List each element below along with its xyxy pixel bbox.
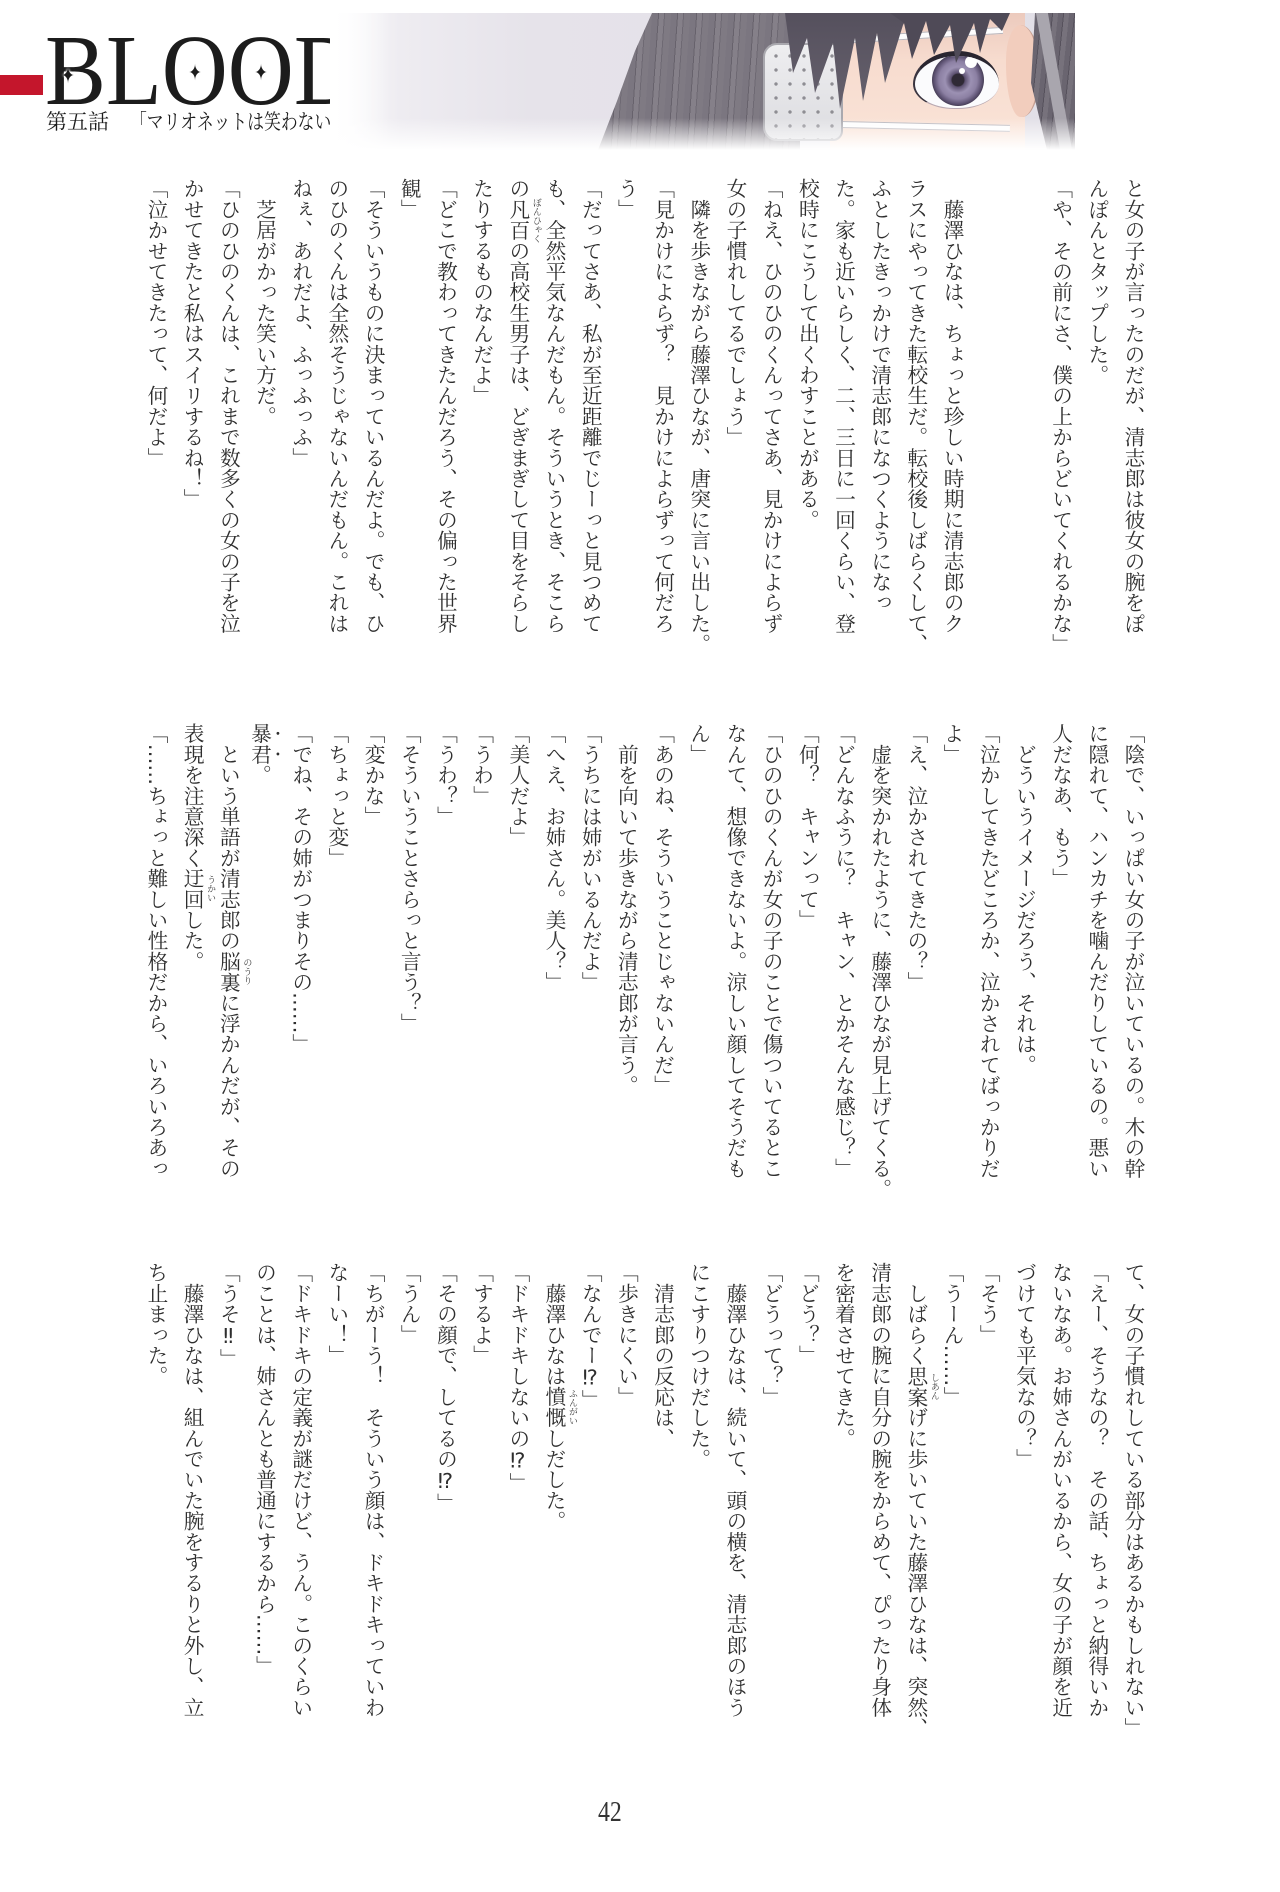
text-block-top: と女の子が言ったのだが、清志郎は彼女の腕をぽ んぽんとタップした。 「や、その前… xyxy=(137,178,1151,634)
text-column: なんて、想像できないよ。涼しい顔してそうだも xyxy=(717,723,753,1179)
text-column: 女の子慣れしてるでしょう」 xyxy=(717,178,753,634)
text-column: よ」 xyxy=(934,723,970,1179)
text-column: 「そういうものに決まっているんだよ。でも、ひ xyxy=(355,178,391,634)
text-column: ん」 xyxy=(681,723,717,1179)
text-segment: 表現を注意深く xyxy=(180,723,204,868)
text-column: 「どう？」 xyxy=(789,1262,825,1718)
four-pointed-star-icon: ✦ xyxy=(253,63,269,85)
emphasis-text: 暴君 xyxy=(248,723,272,764)
text-column: 芝居がかった笑い方だ。 xyxy=(246,178,282,634)
text-column: 「でね、その姉がつまりその……」 xyxy=(283,723,319,1179)
text-segment: げに歩いていた藤澤ひなは、突然、 xyxy=(904,1407,928,1738)
text-column: 藤澤ひなは、続いて、頭の横を、清志郎のほう xyxy=(717,1262,753,1718)
ruby-base-text: 脳裏 xyxy=(216,951,240,992)
eye-highlight xyxy=(965,56,977,68)
episode-number: 第五話 xyxy=(46,108,130,136)
text-column: 「うーん……」 xyxy=(934,1262,970,1718)
text-column: に隠れて、ハンカチを噛んだりしているの。悪い xyxy=(1079,723,1115,1179)
text-column: なーい！」 xyxy=(319,1262,355,1718)
text-column: 隣を歩きながら藤澤ひなが、唐突に言い出した。 xyxy=(681,178,717,634)
text-column: 「えー、そうなの？ その話、ちょっと納得いか xyxy=(1079,1262,1115,1718)
ruby-base-text: 凡百 xyxy=(506,199,530,240)
text-column: 「陰で、いっぱい女の子が泣いているの。木の幹 xyxy=(1115,723,1151,1179)
text-segment: しだした。 xyxy=(542,1428,566,1532)
episode-title: 「マリオネットは笑わない」 xyxy=(130,108,348,136)
text-column: 前を向いて歩きながら清志郎が言う。 xyxy=(608,723,644,1179)
text-segment: の xyxy=(506,178,530,199)
page-number: 42 xyxy=(598,1796,622,1828)
text-column: ラスにやってきた転校生だ。転校後しばらくして、 xyxy=(898,178,934,634)
text-segment: した。 xyxy=(180,909,204,971)
accent-bar xyxy=(0,75,43,95)
text-column: にこすりつけだした。 xyxy=(681,1262,717,1718)
text-column: 表現を注意深く迂回うかいした。 xyxy=(174,723,210,1179)
text-column: ないなあ。お姉さんがいるから、女の子が顔を近 xyxy=(1042,1262,1078,1718)
text-column: のことは、姉さんとも普通にするから……」 xyxy=(246,1262,282,1718)
text-segment: という単語が清志郎の xyxy=(216,723,240,951)
ruby-reading: のうり xyxy=(241,950,251,993)
text-column: 「ドキドキの定義が謎だけど、うん。このくらい xyxy=(283,1262,319,1718)
text-column: う」 xyxy=(608,178,644,634)
text-column: 「うそ‼」 xyxy=(210,1262,246,1718)
text-column: 「うちには姉がいるんだよ」 xyxy=(572,723,608,1179)
fade-overlay xyxy=(330,118,1075,150)
text-column: て、女の子慣れしている部分はあるかもしれない」 xyxy=(1115,1262,1151,1718)
ruby-base-text: 思案 xyxy=(904,1366,928,1407)
text-column: 観」 xyxy=(391,178,427,634)
ruby-base-text: 迂回 xyxy=(180,868,204,909)
text-column: たりするものなんだよ」 xyxy=(463,178,499,634)
text-column: 「ひのひのくんが女の子のことで傷ついてるとこ xyxy=(753,723,789,1179)
text-column: 「そう」 xyxy=(970,1262,1006,1718)
text-column: 「美人だよ」 xyxy=(500,723,536,1179)
ruby-reading: ふんがい xyxy=(567,1385,577,1428)
text-column: ふとしたきっかけで清志郎になつくようになっ xyxy=(862,178,898,634)
text-column: 暴君。 xyxy=(246,723,282,1179)
text-column: 「うわ」 xyxy=(463,723,499,1179)
text-column: 「どんなふうに？ キャン、とかそんな感じ？」 xyxy=(825,723,861,1179)
text-segment: 。 xyxy=(248,764,272,785)
ruby-base-text: 憤慨 xyxy=(542,1386,566,1427)
text-segment: しばらく xyxy=(904,1262,928,1366)
text-column: のひのくんは全然そうじゃないんだもん。これは xyxy=(319,178,355,634)
text-column: 藤澤ひなは憤慨ふんがいしだした。 xyxy=(536,1262,572,1718)
text-column: ち止まった。 xyxy=(138,1262,174,1718)
text-column: 「何？ キャンって」 xyxy=(789,723,825,1179)
four-pointed-star-icon: ✦ xyxy=(60,66,76,88)
text-column: 「うん」 xyxy=(391,1262,427,1718)
ruby-base: 迂回うかい xyxy=(180,868,204,909)
text-block-middle: 「陰で、いっぱい女の子が泣いているの。木の幹 に隠れて、ハンカチを噛んだりしてい… xyxy=(137,723,1151,1179)
blank-line xyxy=(970,178,1006,634)
text-column: かせてきたと私はスイリするね！」 xyxy=(174,178,210,634)
four-pointed-star-icon: ✦ xyxy=(187,63,203,85)
text-column: 「そういうことさらっと言う？」 xyxy=(391,723,427,1179)
text-column: 清志郎の腕に自分の腕をからめて、ぴったり身体 xyxy=(862,1262,898,1718)
text-column: んぽんとタップした。 xyxy=(1079,178,1115,634)
ruby-base: 憤慨ふんがい xyxy=(542,1386,566,1427)
ruby-base: 凡百ぼんひゃく xyxy=(506,199,530,240)
text-column: 「どこで教わってきたんだろう、その偏った世界 xyxy=(427,178,463,634)
text-column: た。家も近いらしく、二、三日に一回くらい、登 xyxy=(825,178,861,634)
text-column: 「うわ？」 xyxy=(427,723,463,1179)
text-column: 虚を突かれたように、藤澤ひなが見上げてくる。 xyxy=(862,723,898,1179)
text-column: ねぇ、あれだよ、ふっふっふ」 xyxy=(283,178,319,634)
text-column: という単語が清志郎の脳裏のうりに浮かんだが、その xyxy=(210,723,246,1179)
text-column: 「だってさあ、私が至近距離でじーっと見つめて xyxy=(572,178,608,634)
eye-highlight xyxy=(959,68,965,74)
text-column: 「……ちょっと難しい性格だから、いろいろあっ xyxy=(138,723,174,1179)
text-column: の凡百ぼんひゃくの高校生男子は、どぎまぎして目をそらし xyxy=(500,178,536,634)
text-column: 清志郎の反応は、 xyxy=(644,1262,680,1718)
text-column: 「見かけによらず？ 見かけによらずって何だろ xyxy=(644,178,680,634)
text-column: 「ちがーう！ そういう顔は、ドキドキっていわ xyxy=(355,1262,391,1718)
ruby-base: 思案しあん xyxy=(904,1366,928,1407)
ruby-reading: うかい xyxy=(205,867,215,910)
text-segment: の高校生男子は、どぎまぎして目をそらし xyxy=(506,240,530,633)
ruby-reading: しあん xyxy=(929,1365,939,1408)
ruby-reading: ぼんひゃく xyxy=(531,198,541,241)
text-column: 「歩きにくい」 xyxy=(608,1262,644,1718)
text-column: 「どうって？」 xyxy=(753,1262,789,1718)
text-column: 「変かな」 xyxy=(355,723,391,1179)
text-column: 「ちょっと変」 xyxy=(319,723,355,1179)
blank-line xyxy=(1006,178,1042,634)
text-column: づけても平気なの？」 xyxy=(1006,1262,1042,1718)
text-column: も、全然平気なんだもん。そういうとき、そこら xyxy=(536,178,572,634)
text-column: 「へえ、お姉さん。美人？」 xyxy=(536,723,572,1179)
text-column: 「するよ」 xyxy=(463,1262,499,1718)
text-column: 「あのね、そういうことじゃないんだ」 xyxy=(644,723,680,1179)
text-column: 人だなあ、もう」 xyxy=(1042,723,1078,1179)
text-column: 「ドキドキしないの⁉」 xyxy=(500,1262,536,1718)
text-column: 「ねえ、ひのひのくんってさあ、見かけによらず xyxy=(753,178,789,634)
text-column: 「や、その前にさ、僕の上からどいてくれるかな」 xyxy=(1042,178,1078,634)
text-column: 「ひのひのくんは、これまで数多くの女の子を泣 xyxy=(210,178,246,634)
text-block-bottom: て、女の子慣れしている部分はあるかもしれない」 「えー、そうなの？ その話、ちょ… xyxy=(137,1262,1151,1718)
ruby-base: 脳裏のうり xyxy=(216,951,240,992)
text-column: と女の子が言ったのだが、清志郎は彼女の腕をぽ xyxy=(1115,178,1151,634)
text-column: どういうイメージだろう、それは。 xyxy=(1006,723,1042,1179)
text-column: 「なんでー⁉」 xyxy=(572,1262,608,1718)
text-column: 「泣かしてきたどころか、泣かされてばっかりだ xyxy=(970,723,1006,1179)
text-column: 藤澤ひなは、ちょっと珍しい時期に清志郎のク xyxy=(934,178,970,634)
header-illustration xyxy=(330,13,1075,150)
text-segment: に浮かんだが、その xyxy=(216,992,240,1178)
text-column: 藤澤ひなは、組んでいた腕をするりと外し、立 xyxy=(174,1262,210,1718)
text-column: 「その顔で、してるの⁉」 xyxy=(427,1262,463,1718)
text-segment: 藤澤ひなは xyxy=(542,1262,566,1386)
text-column: しばらく思案しあんげに歩いていた藤澤ひなは、突然、 xyxy=(898,1262,934,1718)
text-column: 校時にこうして出くわすことがある。 xyxy=(789,178,825,634)
text-column: 「え、泣かされてきたの？」 xyxy=(898,723,934,1179)
text-column: を密着させてきた。 xyxy=(825,1262,861,1718)
text-column: 「泣かせてきたって、何だよ」 xyxy=(138,178,174,634)
